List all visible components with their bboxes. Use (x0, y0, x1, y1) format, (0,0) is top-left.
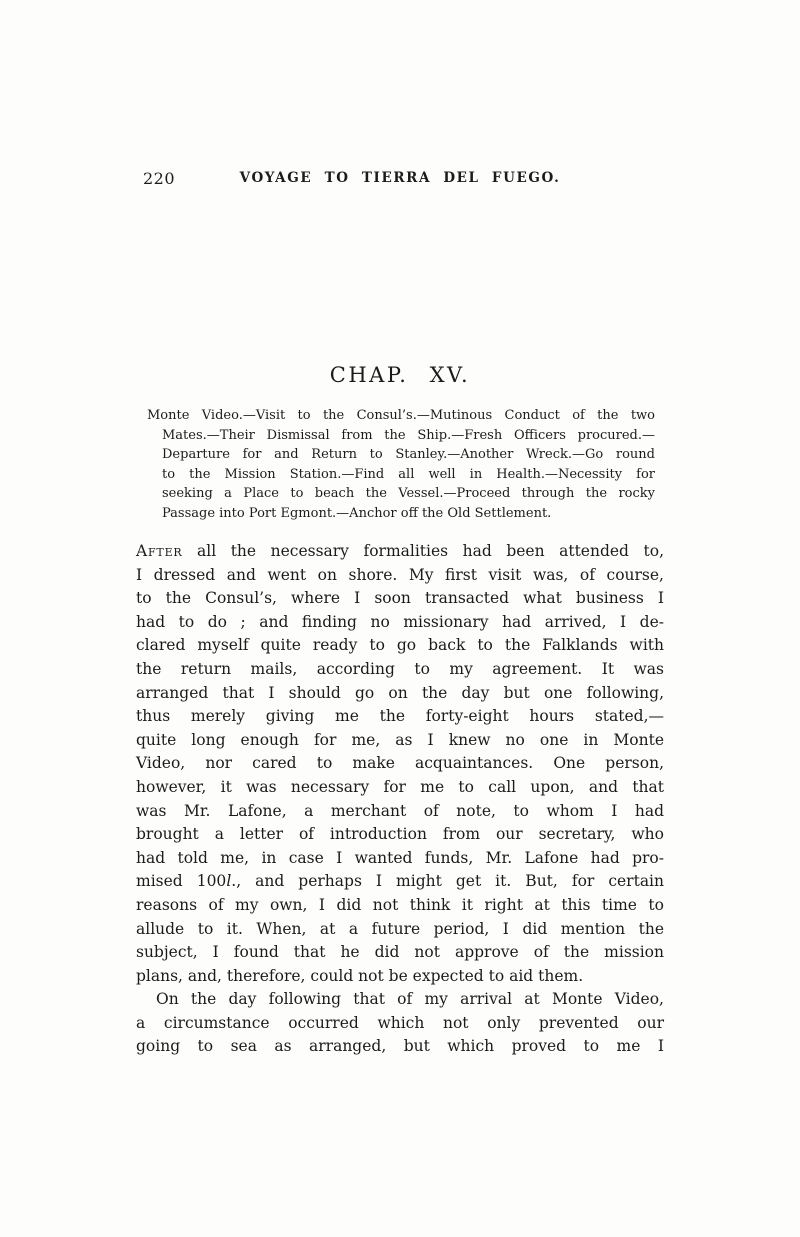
text-line: arranged that I should go on the day but… (136, 682, 664, 706)
page-header: 220 VOYAGE TO TIERRA DEL FUEGO. (136, 169, 664, 191)
paragraph-2: On the day following that of my arrival … (136, 988, 664, 1059)
text-line: subject, I found that he did not approve… (136, 941, 664, 965)
text-line: Video, nor cared to make acquaintances. … (136, 752, 664, 776)
chapter-summary: Monte Video.—Visit to the Consul’s.—Muti… (147, 406, 655, 524)
text-line: mised 100l., and perhaps I might get it.… (136, 870, 664, 894)
text-line: to the Mission Station.—Find all well in… (147, 465, 655, 485)
text-line: I dressed and went on shore. My first vi… (136, 564, 664, 588)
chapter-heading: CHAP. XV. (136, 362, 664, 388)
text-line: to the Consul’s, where I soon transacted… (136, 587, 664, 611)
text-line: seeking a Place to beach the Vessel.—Pro… (147, 484, 655, 504)
text-line: On the day following that of my arrival … (136, 988, 664, 1012)
text-line: thus merely giving me the forty-eight ho… (136, 705, 664, 729)
text-line: had told me, in case I wanted funds, Mr.… (136, 847, 664, 871)
text-line: allude to it. When, at a future period, … (136, 918, 664, 942)
text-line: a circumstance occurred which not only p… (136, 1012, 664, 1036)
text-line: was Mr. Lafone, a merchant of note, to w… (136, 800, 664, 824)
text-line: brought a letter of introduction from ou… (136, 823, 664, 847)
text-line: Monte Video.—Visit to the Consul’s.—Muti… (147, 406, 655, 426)
text-line: however, it was necessary for me to call… (136, 776, 664, 800)
text-line: Passage into Port Egmont.—Anchor off the… (147, 504, 655, 524)
text-line: reasons of my own, I did not think it ri… (136, 894, 664, 918)
text-line: going to sea as arranged, but which prov… (136, 1035, 664, 1059)
text-line: Mates.—Their Dismissal from the Ship.—Fr… (147, 426, 655, 446)
text-line: clared myself quite ready to go back to … (136, 634, 664, 658)
running-header: VOYAGE TO TIERRA DEL FUEGO. (136, 170, 664, 186)
book-page: 220 VOYAGE TO TIERRA DEL FUEGO. CHAP. XV… (0, 0, 800, 1237)
text-line: quite long enough for me, as I knew no o… (136, 729, 664, 753)
paragraph-1: After all the necessary formalities had … (136, 540, 664, 988)
text-line: After all the necessary formalities had … (136, 540, 664, 564)
text-line: the return mails, according to my agreem… (136, 658, 664, 682)
text-line: Departure for and Return to Stanley.—Ano… (147, 445, 655, 465)
body-text: After all the necessary formalities had … (136, 540, 664, 1059)
text-line: had to do ; and finding no missionary ha… (136, 611, 664, 635)
text-line: plans, and, therefore, could not be expe… (136, 965, 664, 989)
